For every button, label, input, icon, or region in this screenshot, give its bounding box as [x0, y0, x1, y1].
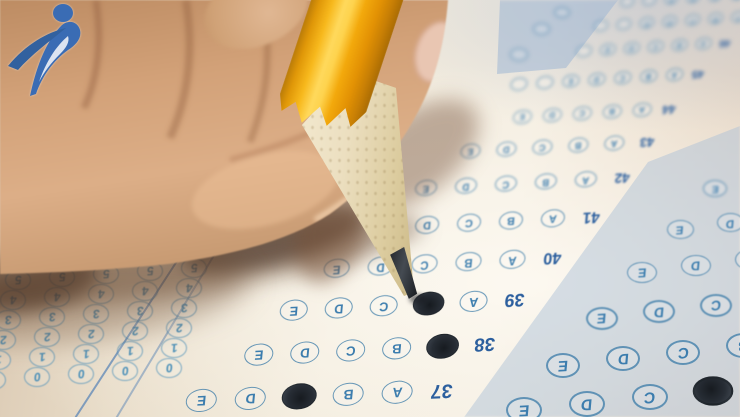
stylized-figure-logo	[6, 0, 98, 104]
logo-head	[53, 4, 73, 22]
pencil-mark-smudge	[409, 294, 427, 304]
photo-canvas: 37ABCDE38ABCDE39ABCDE40ABCDE41ABCDE42ABC…	[0, 0, 740, 417]
